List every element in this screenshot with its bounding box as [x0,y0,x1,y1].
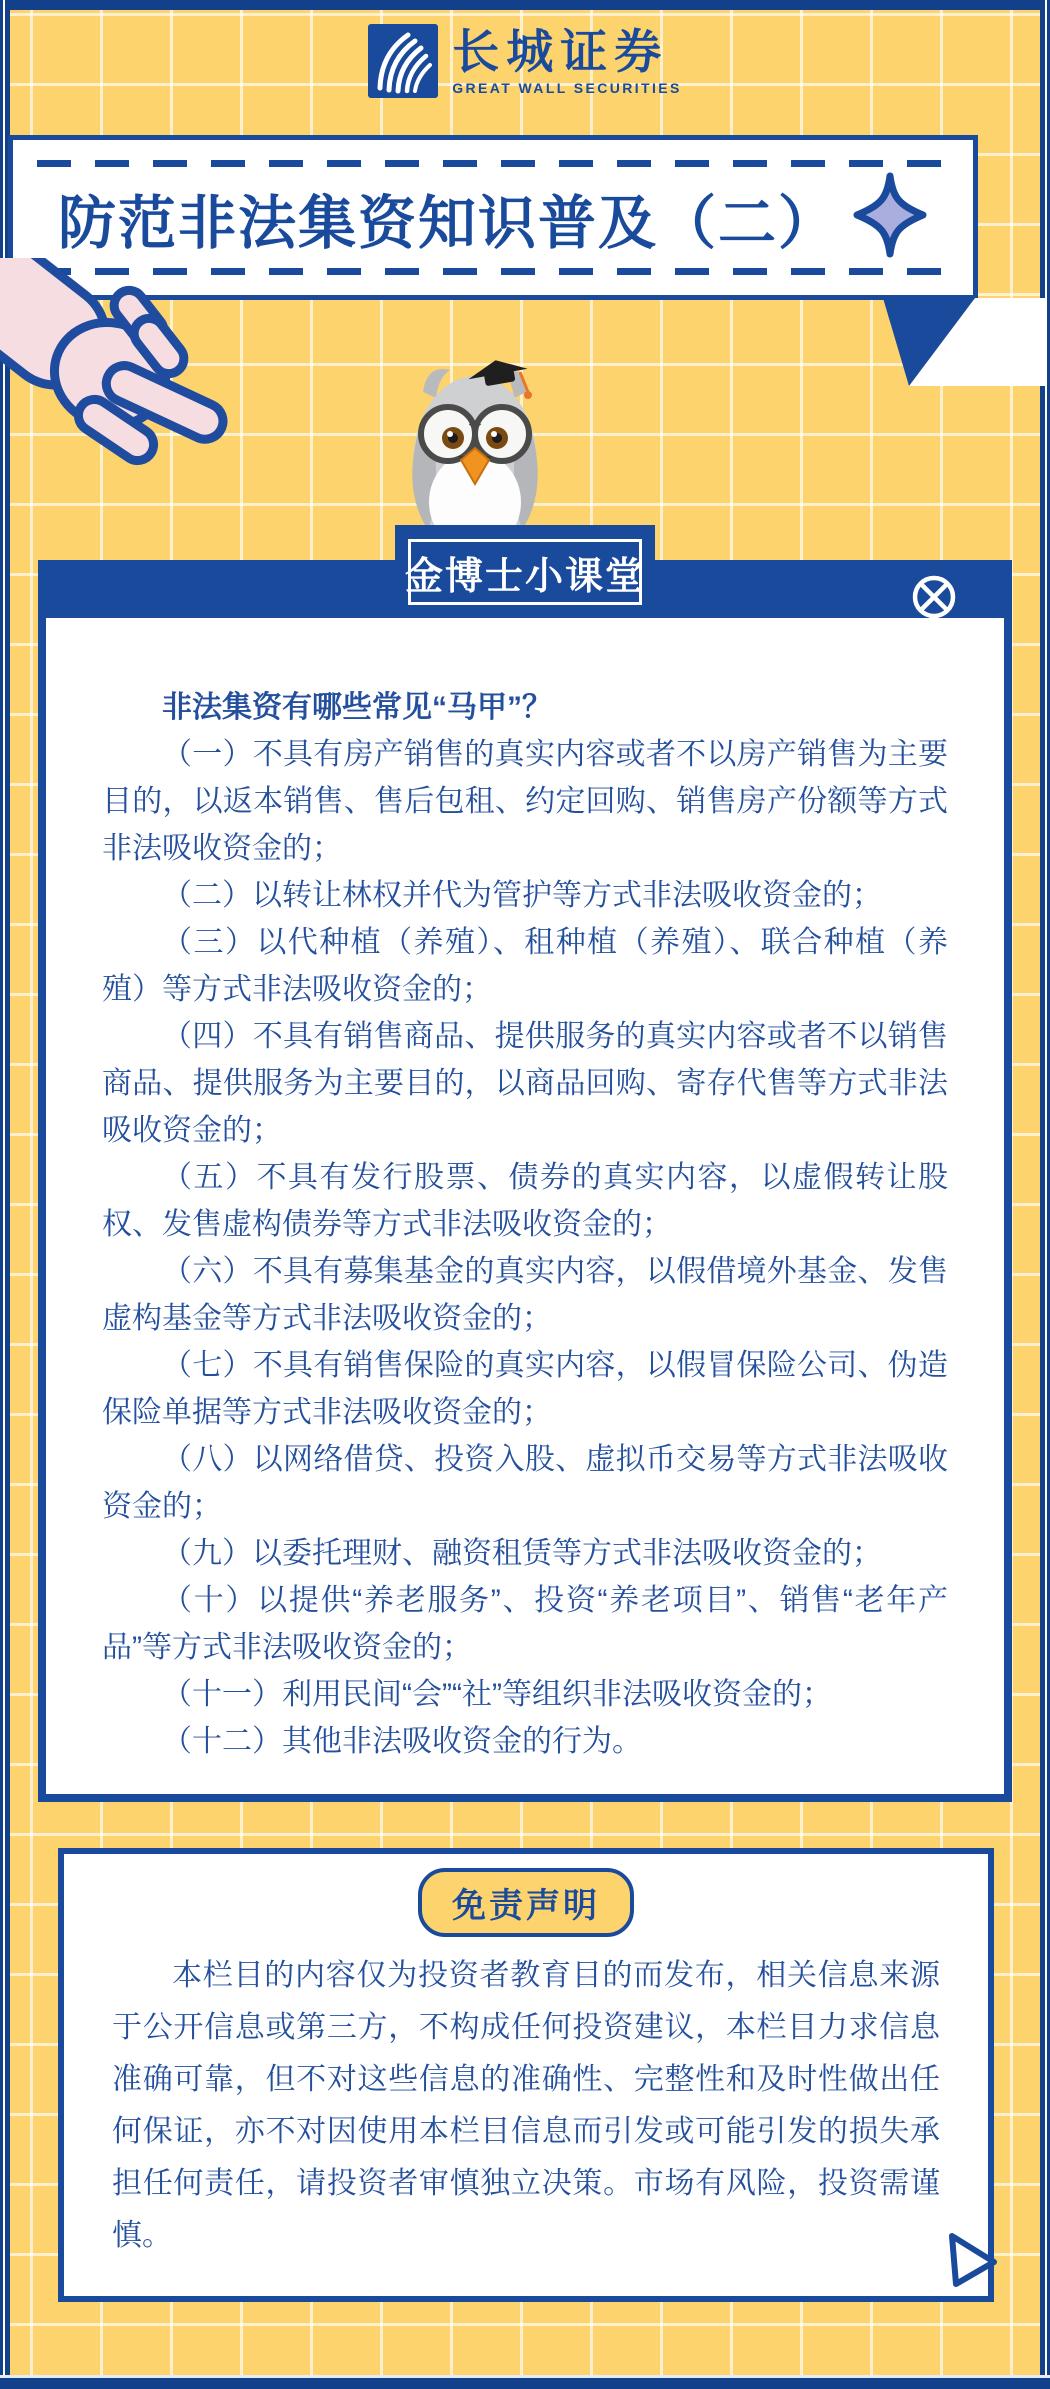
close-circle-icon[interactable] [910,573,958,621]
lesson-item: （二）以转让林权并代为管护等方式非法吸收资金的； [102,872,948,919]
lesson-card-body: 非法集资有哪些常见“马甲”？ （一）不具有房产销售的真实内容或者不以房产销售为主… [46,618,1004,1794]
lesson-item: （六）不具有募集基金的真实内容，以假借境外基金、发售虚构基金等方式非法吸收资金的… [102,1248,948,1342]
brand-logo-text: 长城证券 GREAT WALL SECURITIES [452,26,682,96]
lesson-item: （十一）利用民间“会”“社”等组织非法吸收资金的； [102,1671,948,1718]
lesson-card-tab-frame: 金博士小课堂 [408,539,642,605]
lesson-item: （十二）其他非法吸收资金的行为。 [102,1718,948,1765]
ribbon-fold [883,298,1045,388]
lesson-card-tab: 金博士小课堂 [395,525,655,618]
lesson-item: （一）不具有房产销售的真实内容或者不以房产销售为主要目的，以返本销售、售后包租、… [102,731,948,872]
page-corner-arrow-icon [944,2230,1000,2290]
bottom-border-bar [0,2375,1050,2389]
pointing-hand-illustration [0,258,238,483]
disclaimer-text: 本栏目的内容仅为投资者教育目的而发布，相关信息来源于公开信息或第三方，不构成任何… [112,1950,940,2262]
disclaimer-card: 免责声明 本栏目的内容仅为投资者教育目的而发布，相关信息来源于公开信息或第三方，… [58,1848,994,2302]
lesson-item: （十）以提供“养老服务”、投资“养老项目”、销售“老年产品”等方式非法吸收资金的… [102,1577,948,1671]
lesson-card: 金博士小课堂 非法集资有哪些常见“马甲”？ （一）不具有房产销售的真实内容或者不… [38,560,1012,1802]
lesson-item: （七）不具有销售保险的真实内容，以假冒保险公司、伪造保险单据等方式非法吸收资金的… [102,1342,948,1436]
top-border-bar [0,0,1050,10]
brand-name-en: GREAT WALL SECURITIES [452,80,682,96]
lesson-item: （五）不具有发行股票、债券的真实内容，以虚假转让股权、发售虚构债券等方式非法吸收… [102,1154,948,1248]
four-point-star-icon [852,172,928,263]
lesson-item: （三）以代种植（养殖）、租种植（养殖）、联合种植（养殖）等方式非法吸收资金的； [102,919,948,1013]
brand-logo: 长城证券 GREAT WALL SECURITIES [0,24,1050,98]
lesson-card-tab-label: 金博士小课堂 [405,545,645,600]
lesson-item: （四）不具有销售商品、提供服务的真实内容或者不以销售商品、提供服务为主要目的，以… [102,1013,948,1154]
lesson-heading: 非法集资有哪些常见“马甲”？ [102,684,948,731]
lesson-item: （九）以委托理财、融资租赁等方式非法吸收资金的； [102,1530,948,1577]
lesson-item: （八）以网络借贷、投资入股、虚拟币交易等方式非法吸收资金的； [102,1436,948,1530]
poster-page: 长城证券 GREAT WALL SECURITIES 防范非法集资知识普及（二） [0,0,1050,2389]
page-title: 防范非法集资知识普及（二） [58,176,838,260]
brand-name-cn: 长城证券 [452,26,668,78]
wave-shell-logo-icon [368,24,438,98]
disclaimer-badge: 免责声明 [418,1868,634,1937]
lesson-text: 非法集资有哪些常见“马甲”？ （一）不具有房产销售的真实内容或者不以房产销售为主… [46,618,1004,1794]
